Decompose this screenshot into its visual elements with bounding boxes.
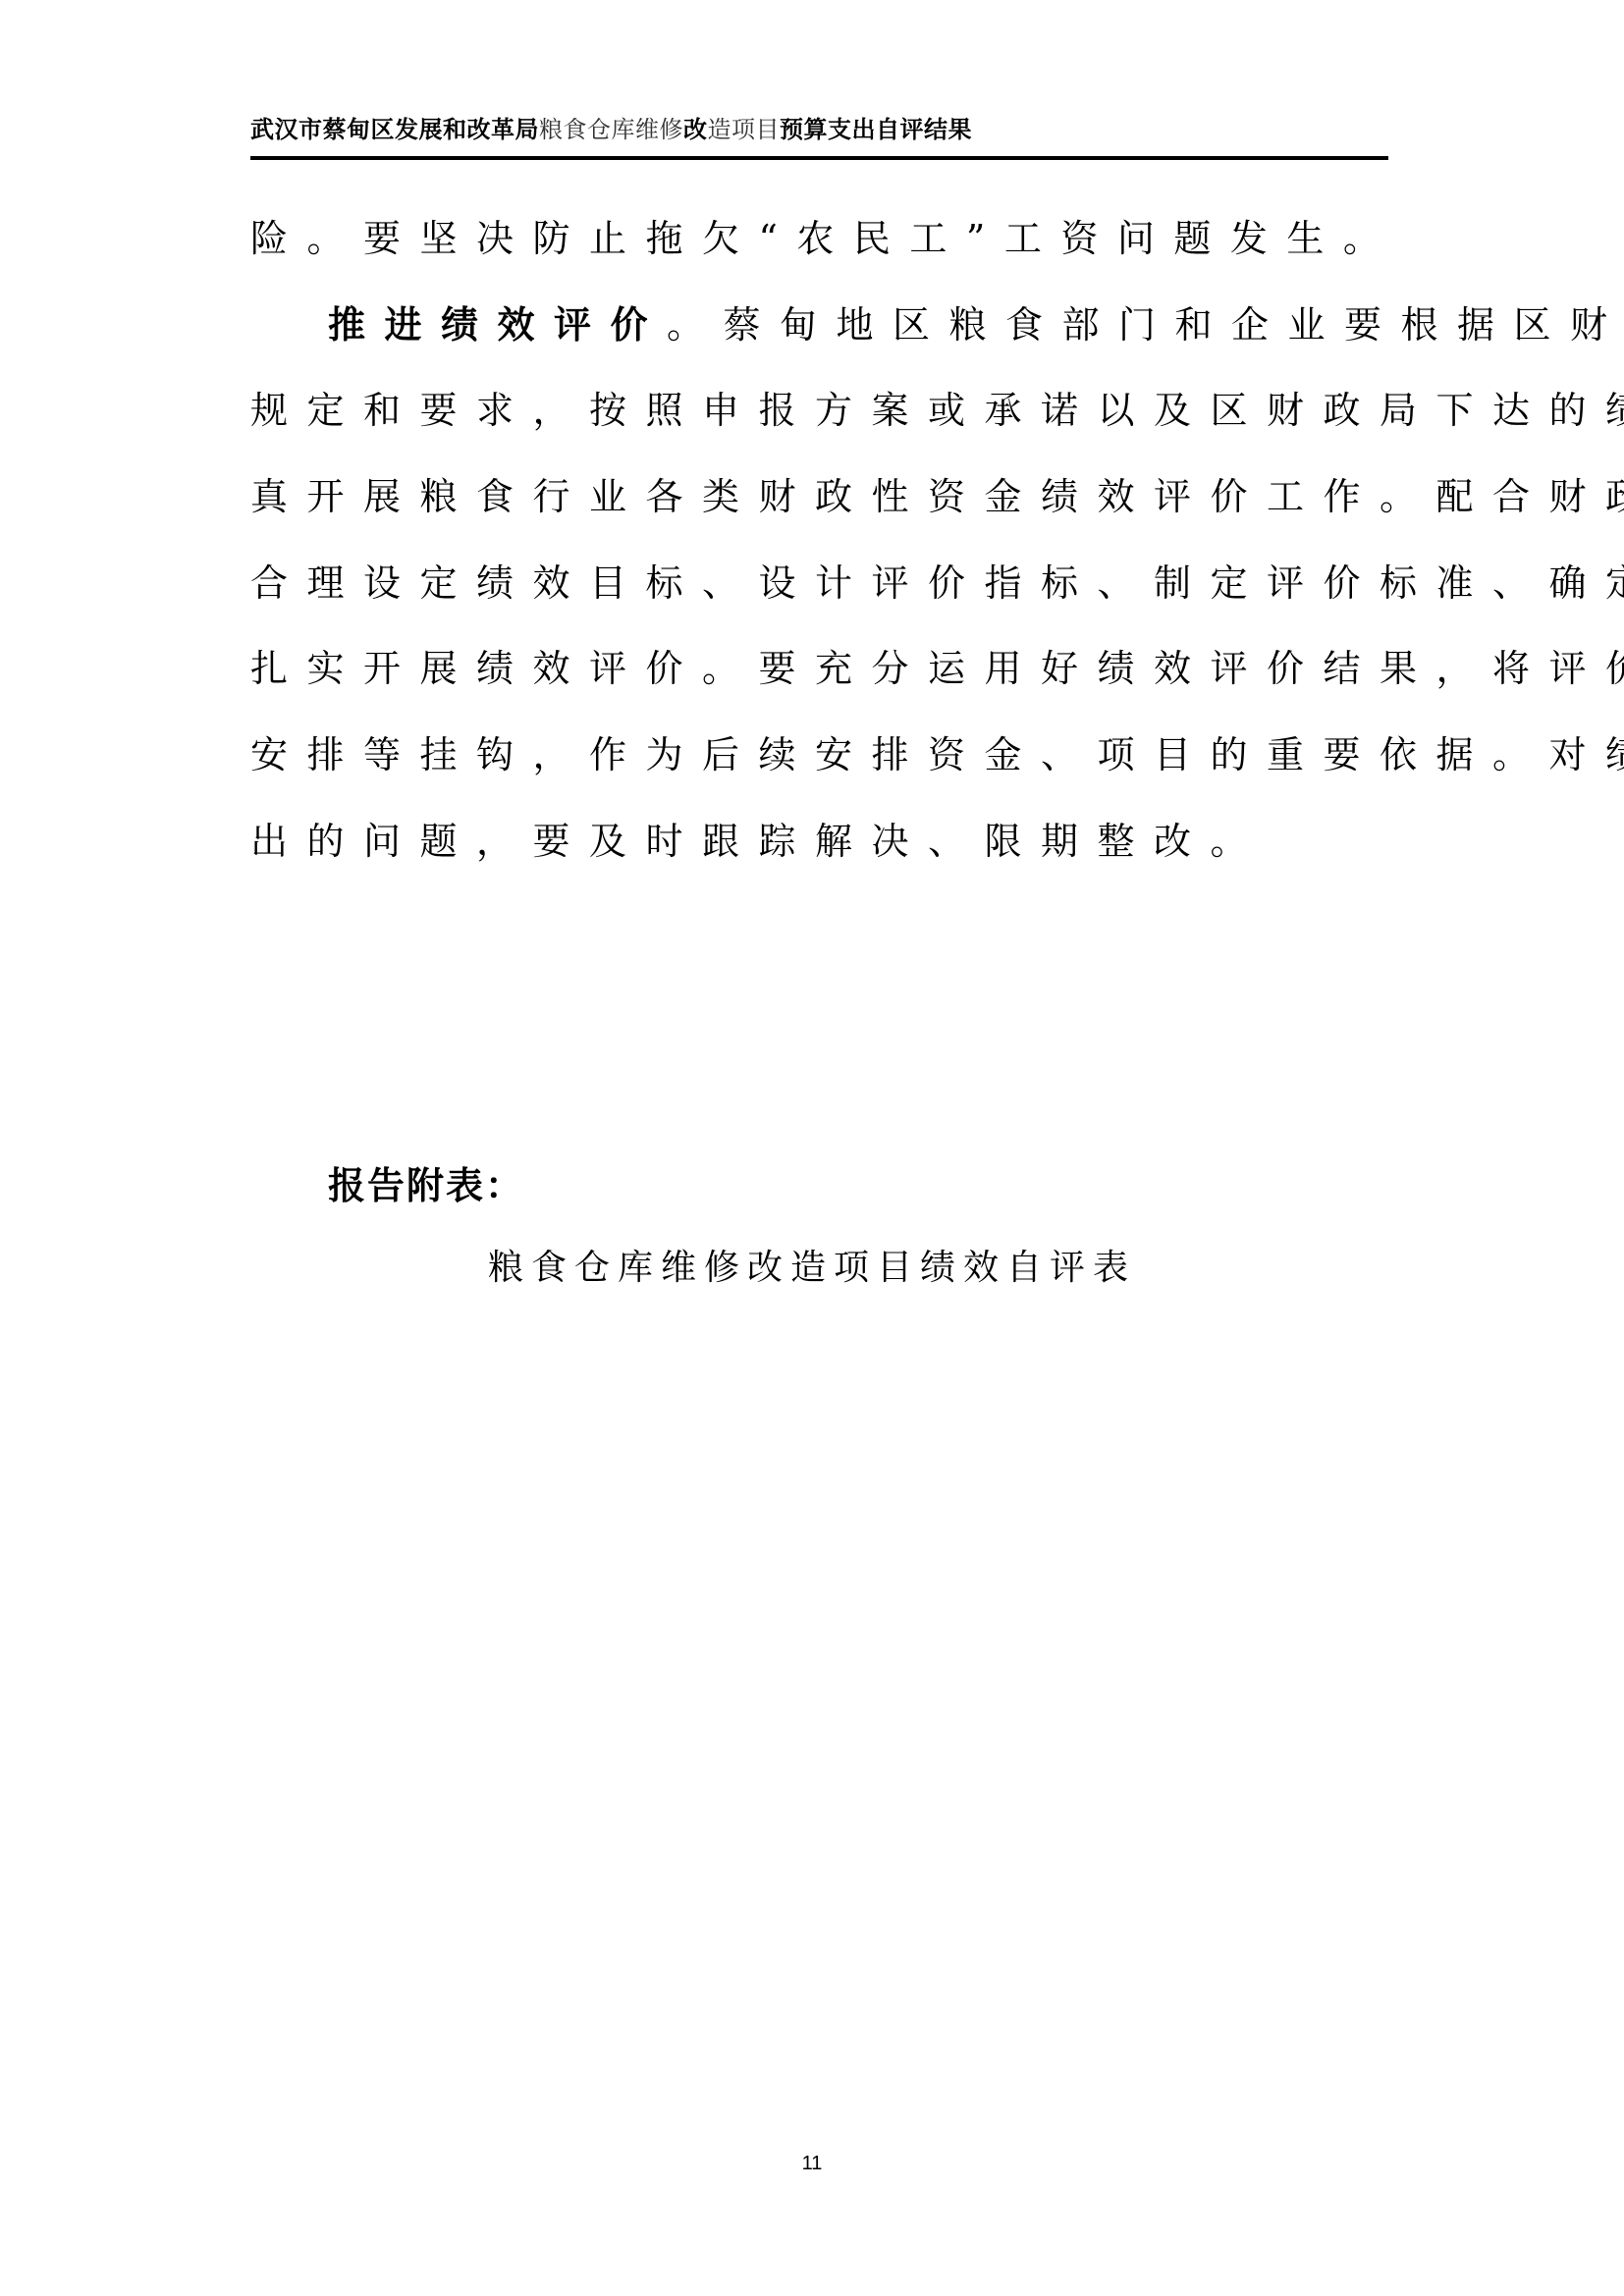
continuation-line: 险。要坚决防止拖欠“农民工”工资问题发生。 xyxy=(250,196,1388,283)
appendix-title: 粮食仓库维修改造项目绩效自评表 xyxy=(0,1239,1624,1298)
header-title-part: 预算支出自评结果 xyxy=(780,116,972,143)
header-divider xyxy=(250,156,1388,160)
paragraph-line: 规定和要求，按照申报方案或承诺以及区财政局下达的绩效目标，认 xyxy=(250,368,1388,454)
page-number: 11 xyxy=(0,2150,1624,2177)
page-header: 武汉市蔡甸区发展和改革局粮食仓库维修改造项目预算支出自评结果 xyxy=(250,110,1388,161)
paragraph-line: 合理设定绩效目标、设计评价指标、制定评价标准、确定评价方法， xyxy=(250,541,1388,627)
header-title: 武汉市蔡甸区发展和改革局粮食仓库维修改造项目预算支出自评结果 xyxy=(250,110,972,149)
header-title-part: 造项目 xyxy=(708,116,781,143)
paragraph-line: 扎实开展绩效评价。要充分运用好绩效评价结果，将评价结果与资金 xyxy=(250,626,1388,713)
paragraph-line-text: 。蔡甸地区粮食部门和企业要根据区财政局等有关 xyxy=(667,303,1624,347)
appendix-label: 报告附表： xyxy=(328,1156,524,1215)
paragraph-lead-heading: 推进绩效评价 xyxy=(328,303,667,347)
header-title-part: 改 xyxy=(683,116,708,143)
body-text: 险。要坚决防止拖欠“农民工”工资问题发生。 推进绩效评价。蔡甸地区粮食部门和企业… xyxy=(250,196,1388,885)
header-title-part: 武汉市蔡甸区发展和改革局 xyxy=(250,116,539,143)
paragraph-line: 真开展粮食行业各类财政性资金绩效评价工作。配合财政局，科学、 xyxy=(250,454,1388,541)
paragraph-line: 推进绩效评价。蔡甸地区粮食部门和企业要根据区财政局等有关 xyxy=(250,283,1388,369)
paragraph-line: 安排等挂钩，作为后续安排资金、项目的重要依据。对绩效评价反映 xyxy=(250,713,1388,799)
paragraph-line: 出的问题，要及时跟踪解决、限期整改。 xyxy=(250,799,1388,885)
header-title-part: 粮食仓库维修 xyxy=(539,116,683,143)
